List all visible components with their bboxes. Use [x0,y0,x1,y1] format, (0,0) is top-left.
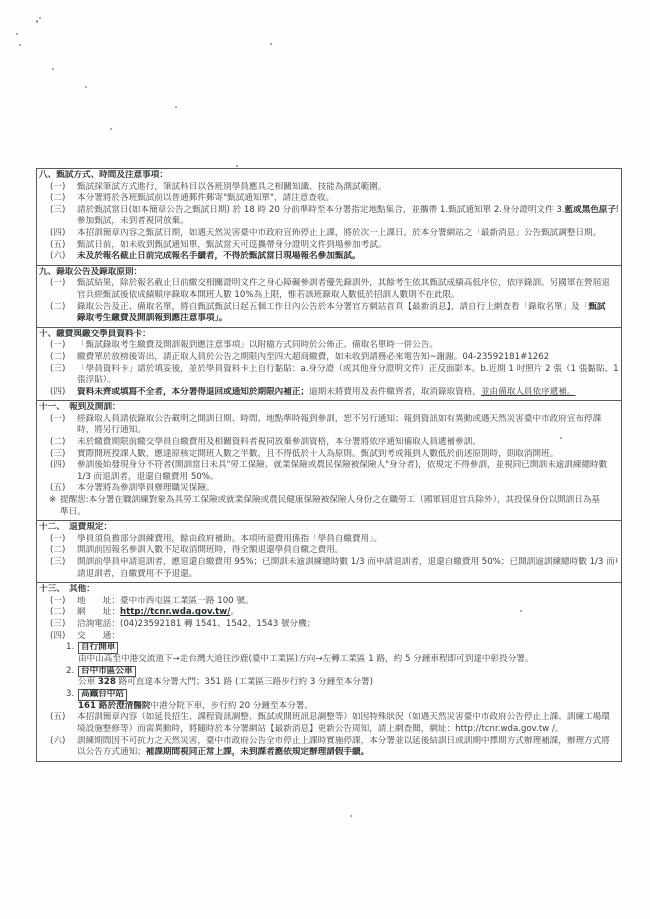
scan-speckle [350,815,352,817]
text-line: 學員須負擔部分訓練費用，餘由政府補助。本項所退費用係指「學員自繳費用」。 [77,534,618,546]
item-label: 1. [66,642,74,654]
text-line: 經錄取人員請依錄取公告載明之開訓日期、時間、地點準時報到參訓，恕不另行通知；報到… [77,414,618,426]
text-segment: 。 [230,607,239,617]
list-item: (六)未及於報名截止日前完成報名手續者，不得於甄試當日現場報名參加甄試。 [39,251,618,263]
text-segment: 時，將另行通知。 [77,425,146,435]
text-segment: 網 址： [77,607,120,617]
item-label: (四) [50,460,65,472]
item-label: (四) [50,228,65,240]
list-item: ※提醒您:本分署在職訓練對象為具勞工保險或就業保險或農民健康保險被保險人身份之在… [39,495,618,518]
item-label: (六) [50,736,65,748]
text-segment: 境設施整修等）而需異動時，將隨時於本分署網站【最新消息】更新公告周知，請上網查閱… [77,724,563,734]
list-item: (二)未於繳費期限前繳交學員自繳費用及相關資料者視同放棄參訓資格，本分署將依序通… [39,437,618,449]
text-line: 請於甄試當日(如本簡章公告之甄試日期) 於 18 時 20 分前準時至本分署指定… [77,205,618,217]
item-label: (二) [50,352,65,364]
text-segment: 未於繳費期限前繳交學員自繳費用及相關資料者視同放棄參訓資格，本分署將依序通知備取… [77,437,481,447]
section-title: 十一、 報到及開訓： [39,402,618,414]
text-line: 資料未齊或填寫不全者，本分署得退回或通知於期限內補正；逾期未將費用及表件繳齊者，… [77,387,618,399]
item-label: (三) [50,619,65,631]
text-line: 甄試結果，除於報名截止日前繳交相關證明文件之身心障礙參訓者優先錄訓外，其餘考生依… [77,278,618,290]
section-title: 十、繳費與繳交學員資料卡： [39,329,618,341]
item-label: (二) [50,607,65,619]
text-segment: 開訓前學員申請退訓者，應退還自繳費用 95%；已開訓未逾訓練總時數 1/3 而申… [77,557,618,567]
notice-table: 八、甄試方式、時間及注意事項：(一)甄試採筆試方式進行，筆試科目以各班別學員應具… [36,168,622,762]
section: 十二、 退費規定：(一)學員須負擔部分訓練費用，餘由政府補助。本項所退費用係指「… [37,520,621,582]
transport-option-box: 高鐵台中站 [78,689,127,701]
text-line: 境設施整修等）而需異動時，將隨時於本分署網站【最新消息】更新公告周知，請上網查閱… [77,724,618,736]
text-segment: 本招訓簡章內容（如延長招生、課程資訊調整、甄試或開班訊息調整等）如因特殊狀況（如… [77,712,610,722]
list-item: (五)甄試日前，如未收到甄試通知單，甄試當天可逕攜帶身分證明文件到場參加考試。 [39,240,618,252]
transport-option-box: 自行開車 [78,642,118,654]
text-segment: 請於甄試當日(如本簡章公告之甄試日期) 於 18 時 20 分前準時至本分署指定… [77,205,565,215]
text-line: 交 通： [77,631,618,643]
item-label: (四) [50,387,65,399]
section: 十、繳費與繳交學員資料卡：(一)「甄試錄取考生繳費及開訓報到應注意事項」以附檔方… [37,327,621,401]
text-line: 參加甄試，未到者視同放棄。 [77,216,618,228]
text-segment: 資料未齊或填寫不全者，本分署得退回或通知於期限內補正； [77,387,309,397]
list-item: (二)繳費單於放榜後寄出，請正取人員於公告之期限內至四大超商繳費，如未收到請務必… [39,352,618,364]
text-segment: 參訓後始發現身分不符者(開訓當日未具"勞工保險、就業保險或農民保險被保險人"身分… [77,460,607,470]
url-link[interactable]: http://tcnr.wda.gov.tw/ [120,607,230,617]
scan-speckle [110,128,112,130]
text-segment: 公車 [78,677,98,687]
text-segment: 準日。 [60,507,86,517]
text-segment: 逾期未將費用及表件繳齊者，取消錄取資格， [309,387,481,397]
text-line: 訓練期間因不可抗力之天然災害，臺中市政府公告全市停止上課時實施停課，本分署並以延… [77,736,618,748]
item-label: (一) [50,534,65,546]
item-label: (三) [50,364,65,376]
list-item: (五)本招訓簡章內容（如延長招生、課程資訊調整、甄試或開班訊息調整等）如因特殊狀… [39,712,618,735]
scan-speckle [39,17,41,19]
section-title: 八、甄試方式、時間及注意事項： [39,170,618,182]
item-label: (五) [50,483,65,495]
text-line: 時，將另行通知。 [77,425,618,437]
text-segment: 328 [98,677,116,687]
list-item: (六)訓練期間因不可抗力之天然災害，臺中市政府公告全市停止上課時實施停課，本分署… [39,736,618,759]
text-line: 參訓後始發現身分不符者(開訓當日未具"勞工保險、就業保險或農民保險被保險人"身分… [77,460,618,472]
text-line: 本分署將於各班甄試前以普通郵件郵寄"甄試通知單"，請注意查收。 [77,193,618,205]
text-segment: 洽詢電話：(04)23592181 轉 1541、1542、1543 號分機； [77,619,315,629]
text-segment: 本招訓簡章內容之甄試日期，如遇天然災害臺中市政府宣佈停止上課，將於次一上課日，於… [77,228,601,238]
text-segment: 補課期間視同正常上課，未到課者應依規定辦理請假手續。 [146,747,369,757]
list-item: (三)洽詢電話：(04)23592181 轉 1541、1542、1543 號分… [39,619,618,631]
text-line: 網 址：http://tcnr.wda.gov.tw/。 [77,607,618,619]
text-segment: 張浮貼）。 [77,375,116,385]
item-label: (四) [50,631,65,643]
list-item: (四)參訓後始發現身分不符者(開訓當日未具"勞工保險、就業保險或農民保險被保險人… [39,460,618,483]
text-segment: 錄取公告及正、備取名單，將自甄試甄試日起五個工作日內公告於本分署官方網站首頁【最… [77,302,588,312]
scan-speckle [36,20,38,23]
text-line: 高鐵台中站 [78,689,618,701]
scan-speckle [236,165,238,167]
section: 八、甄試方式、時間及注意事項：(一)甄試採筆試方式進行，筆試科目以各班別學員應具… [37,169,621,265]
section-title: 九、錄取公告及錄取原則： [39,267,618,279]
text-segment: 161 路於澄清醫院 [78,701,151,711]
text-line: 官兵經甄試後依成績順序錄取本開班人數 10%為上限，惟若該班錄取人數低於招訓人數… [77,290,618,302]
text-line: 自行開車 [78,642,618,654]
text-segment: 交 通： [77,631,120,641]
text-line: 甄試日前，如未收到甄試通知單，甄試當天可逕攜帶身分證明文件到場參加考試。 [77,240,618,252]
item-label: (一) [50,340,65,352]
list-item: 公車 328 路可直達本分署大門；351 路 (工業區三路步行約 3 分鐘至本分… [39,677,618,689]
text-line: 台中市區公車 [78,666,618,678]
text-line: 「甄試錄取考生繳費及開訓報到應注意事項」以附檔方式同時於公佈正、備取名單時一併公… [77,340,618,352]
text-segment: 本分署將為參訓學員辦理職災保險。 [77,483,215,493]
scan-speckle [19,44,21,46]
section: 十三、 其他：(一)地 址：臺中市西屯區工業區一路 100 號。(二)網 址：h… [37,582,621,761]
list-item: 161 路於澄清醫院中港分院下車，步行約 20 分鐘至本分署。 [39,701,618,713]
text-segment: 經錄取人員請依錄取公告載明之開訓日期、時間、地點準時報到參訓，恕不另行通知；報到… [77,414,601,424]
item-label: 2. [66,666,74,678]
item-label: (二) [50,545,65,557]
text-segment: 本分署將於各班甄試前以普通郵件郵寄"甄試通知單"，請注意查收。 [77,193,334,203]
text-line: 錄取公告及正、備取名單，將自甄試甄試日起五個工作日內公告於本分署官方網站首頁【最… [77,302,618,314]
text-line: 161 路於澄清醫院中港分院下車，步行約 20 分鐘至本分署。 [78,701,618,713]
item-label: (三) [50,557,65,569]
item-label: (二) [50,193,65,205]
text-segment: 學員須負擔部分訓練費用，餘由政府補助。本項所退費用係指「學員自繳費用」。 [77,534,382,544]
list-item: 3.高鐵台中站 [39,689,618,701]
text-segment: 甄試結果，除於報名截止日前繳交相關證明文件之身心障礙參訓者優先錄訓外，其餘考生依… [77,278,610,288]
text-segment: 未及於報名截止日前完成報名手續者，不得於甄試當日現場報名參加甄試。 [77,251,361,261]
text-line: 本招訓簡章內容（如延長招生、課程資訊調整、甄試或開班訊息調整等）如因特殊狀況（如… [77,712,618,724]
text-segment: 參加甄試，未到者視同放棄。 [77,216,189,226]
text-segment: 由中山高至中港交流道下→走台灣大道往沙鹿(臺中工業區)方向→左轉工業區 1 路，… [78,654,533,664]
scan-speckle [52,68,54,70]
list-item: (四)交 通： [39,631,618,643]
text-line: 準日。 [60,507,618,519]
text-line: 請退訓者，自繳費用不予退還。 [77,569,618,581]
text-segment: 甄試採筆試方式進行，筆試科目以各班別學員應具之相關知識、技能為測試範圍。 [77,182,386,192]
item-label: ※ [49,495,56,507]
text-line: 提醒您:本分署在職訓練對象為具勞工保險或就業保險或農民健康保險被保險人身份之在職… [60,495,618,507]
text-segment: 以公告方式通知； [77,747,146,757]
scanned-page: 八、甄試方式、時間及注意事項：(一)甄試採筆試方式進行，筆試科目以各班別學員應具… [0,0,650,919]
item-label: (一) [50,414,65,426]
text-segment: 甄試 [588,302,605,312]
text-line: 洽詢電話：(04)23592181 轉 1541、1542、1543 號分機； [77,619,618,631]
text-line: 本招訓簡章內容之甄試日期，如遇天然災害臺中市政府宣佈停止上課，將於次一上課日，於… [77,228,618,240]
scan-speckle [175,106,177,108]
list-item: (三)請於甄試當日(如本簡章公告之甄試日期) 於 18 時 20 分前準時至本分… [39,205,618,228]
list-item: 2.台中市區公車 [39,666,618,678]
text-line: 1/3 而退訓者，退還自繳費用 50%。 [77,472,618,484]
text-line: 地 址：臺中市西屯區工業區一路 100 號。 [77,596,618,608]
list-item: 由中山高至中港交流道下→走台灣大道往沙鹿(臺中工業區)方向→左轉工業區 1 路，… [39,654,618,666]
item-label: (二) [50,437,65,449]
text-line: 開訓前學員申請退訓者，應退還自繳費用 95%；已開訓未逾訓練總時數 1/3 而申… [77,557,618,569]
list-item: (一)經錄取人員請依錄取公告載明之開訓日期、時間、地點準時報到參訓，恕不另行通知… [39,414,618,437]
text-line: 公車 328 路可直達本分署大門；351 路 (工業區三路步行約 3 分鐘至本分… [78,677,618,689]
text-line: 未於繳費期限前繳交學員自繳費用及相關資料者視同放棄參訓資格，本分署將依序通知備取… [77,437,618,449]
item-label: (三) [50,449,65,461]
text-segment: 「學員資料卡」請於填妥後，並於學員資料卡上自行黏貼：a.身分證（或其他身分證明文… [77,364,618,374]
item-label: 3. [66,689,74,701]
text-line: 實際開班授課人數，應達原核定開班人數之半數，且不得低於十人為原則。甄試到考或報到… [77,449,618,461]
text-line: 甄試採筆試方式進行，筆試科目以各班別學員應具之相關知識、技能為測試範圍。 [77,182,618,194]
list-item: (一)甄試採筆試方式進行，筆試科目以各班別學員應具之相關知識、技能為測試範圍。 [39,182,618,194]
text-segment: 訓練期間因不可抗力之天然災害，臺中市政府公告全市停止上課時實施停課，本分署並以延… [77,736,610,746]
scan-speckle [16,33,18,35]
list-item: (四)本招訓簡章內容之甄試日期，如遇天然災害臺中市政府宣佈停止上課，將於次一上課… [39,228,618,240]
text-segment: 藍或黑色原子筆 [565,205,618,215]
text-segment: 官兵經甄試後依成績順序錄取本開班人數 10%為上限，惟若該班錄取人數低於招訓人數… [77,290,460,300]
text-line: 張浮貼）。 [77,375,618,387]
list-item: (四)資料未齊或填寫不全者，本分署得退回或通知於期限內補正；逾期未將費用及表件繳… [39,387,618,399]
section: 十一、 報到及開訓：(一)經錄取人員請依錄取公告載明之開訓日期、時間、地點準時報… [37,400,621,520]
section-title: 十三、 其他： [39,584,618,596]
list-item: (二)網 址：http://tcnr.wda.gov.tw/。 [39,607,618,619]
text-line: 由中山高至中港交流道下→走台灣大道往沙鹿(臺中工業區)方向→左轉工業區 1 路，… [78,654,618,666]
text-line: 繳費單於放榜後寄出，請正取人員於公告之期限內至四大超商繳費，如未收到請務必來電告… [77,352,618,364]
text-line: 「學員資料卡」請於填妥後，並於學員資料卡上自行黏貼：a.身分證（或其他身分證明文… [77,364,618,376]
list-item: 1.自行開車 [39,642,618,654]
item-label: (一) [50,596,65,608]
text-line: 開訓前因報名參訓人數不足取消開班時，得全額退還學員自繳之費用。 [77,545,618,557]
list-item: (五)本分署將為參訓學員辦理職災保險。 [39,483,618,495]
list-item: (一)「甄試錄取考生繳費及開訓報到應注意事項」以附檔方式同時於公佈正、備取名單時… [39,340,618,352]
item-label: (三) [50,205,65,217]
text-line: 以公告方式通知；補課期間視同正常上課，未到課者應依規定辦理請假手續。 [77,747,618,759]
item-label: (五) [50,240,65,252]
text-line: 本分署將為參訓學員辦理職災保險。 [77,483,618,495]
transport-option-box: 台中市區公車 [78,666,136,678]
list-item: (三)「學員資料卡」請於填妥後，並於學員資料卡上自行黏貼：a.身分證（或其他身分… [39,364,618,387]
text-segment: 錄取考生繳費及開訓報到應注意事項」。 [77,313,227,323]
scan-speckle [85,86,87,88]
text-segment: 繳費單於放榜後寄出，請正取人員於公告之期限內至四大超商繳費，如未收到請務必來電告… [77,352,549,362]
list-item: (三)開訓前學員申請退訓者，應退還自繳費用 95%；已開訓未逾訓練總時數 1/3… [39,557,618,580]
scan-speckle [270,43,272,45]
item-label: (二) [50,302,65,314]
list-item: (三)實際開班授課人數，應達原核定開班人數之半數，且不得低於十人為原則。甄試到考… [39,449,618,461]
item-label: (一) [50,278,65,290]
list-item: (二)本分署將於各班甄試前以普通郵件郵寄"甄試通知單"，請注意查收。 [39,193,618,205]
section: 九、錄取公告及錄取原則：(一)甄試結果，除於報名截止日前繳交相關證明文件之身心障… [37,265,621,327]
list-item: (二)開訓前因報名參訓人數不足取消開班時，得全額退還學員自繳之費用。 [39,545,618,557]
item-label: (五) [50,712,65,724]
text-segment: 中港分院下車，步行約 20 分鐘至本分署。 [151,701,314,711]
text-segment: 開訓前因報名參訓人數不足取消開班時，得全額退還學員自繳之費用。 [77,545,343,555]
text-segment: 並由備取人員依序遞補。 [481,387,576,397]
list-item: (一)學員須負擔部分訓練費用，餘由政府補助。本項所退費用係指「學員自繳費用」。 [39,534,618,546]
text-segment: 提醒您:本分署在職訓練對象為具勞工保險或就業保險或農民健康保險被保險人身份之在職… [60,495,600,505]
text-segment: 實際開班授課人數，應達原核定開班人數之半數，且不得低於十人為原則。甄試到考或報到… [77,449,558,459]
list-item: (二)錄取公告及正、備取名單，將自甄試甄試日起五個工作日內公告於本分署官方網站首… [39,302,618,325]
item-label: (六) [50,251,65,263]
text-line: 錄取考生繳費及開訓報到應注意事項」。 [77,313,618,325]
item-label: (一) [50,182,65,194]
text-segment: 路可直達本分署大門；351 路 (工業區三路步行約 3 分鐘至本分署) [116,677,373,687]
list-item: (一)地 址：臺中市西屯區工業區一路 100 號。 [39,596,618,608]
list-item: (一)甄試結果，除於報名截止日前繳交相關證明文件之身心障礙參訓者優先錄訓外，其餘… [39,278,618,301]
text-segment: 甄試日前，如未收到甄試通知單，甄試當天可逕攜帶身分證明文件到場參加考試。 [77,240,386,250]
text-segment: 請退訓者，自繳費用不予退還。 [77,569,197,579]
section-title: 十二、 退費規定： [39,522,618,534]
text-line: 未及於報名截止日前完成報名手續者，不得於甄試當日現場報名參加甄試。 [77,251,618,263]
text-segment: 1/3 而退訓者，退還自繳費用 50%。 [77,472,219,482]
text-segment: 地 址：臺中市西屯區工業區一路 100 號。 [77,596,254,606]
text-segment: 「甄試錄取考生繳費及開訓報到應注意事項」以附檔方式同時於公佈正、備取名單時一併公… [77,340,438,350]
